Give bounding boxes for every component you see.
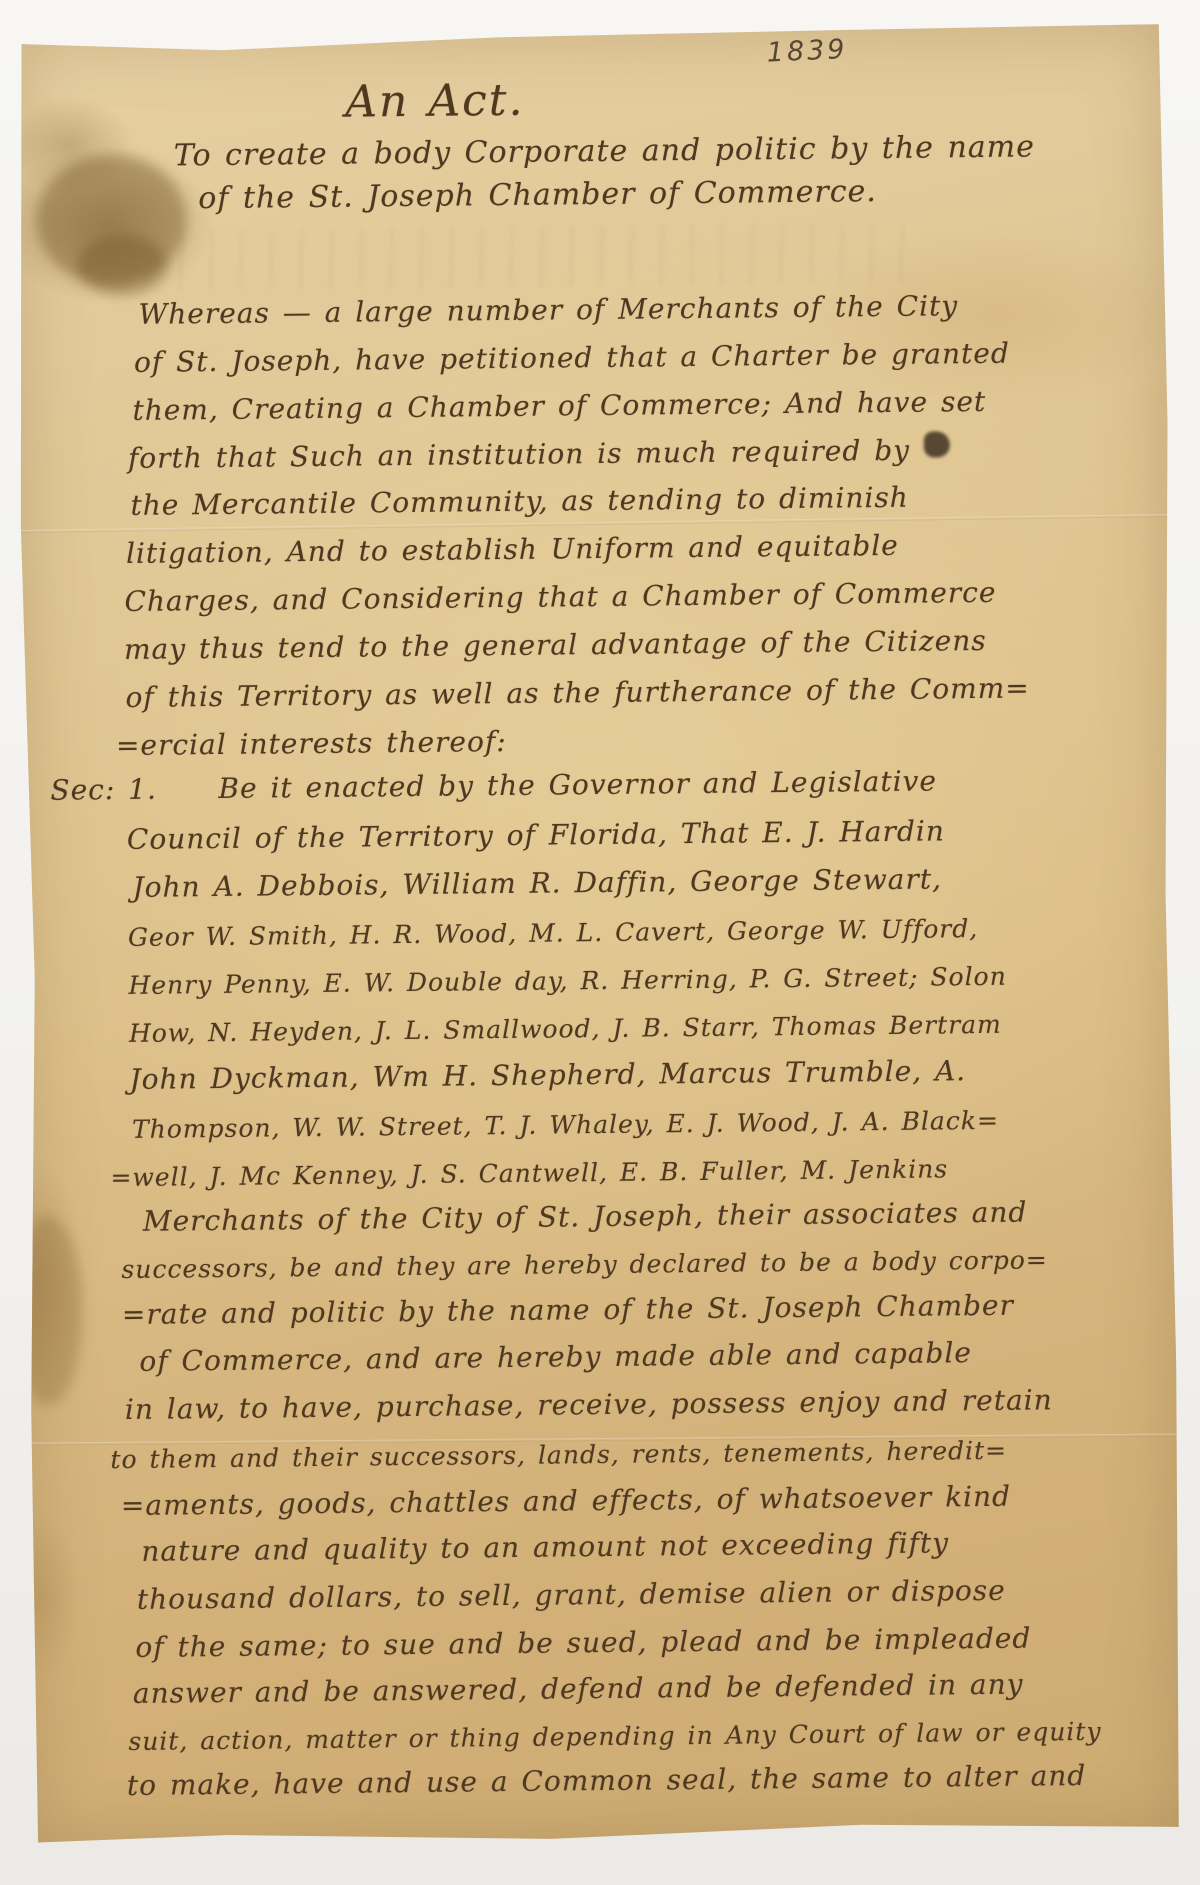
subtitle-line: To create a body Corporate and politic b… — [174, 129, 1035, 173]
body-line: Whereas — a large number of Merchants of… — [138, 289, 958, 331]
body-line: =well, J. Mc Kenney, J. S. Cantwell, E. … — [110, 1154, 948, 1192]
body-line: nature and quality to an amount not exce… — [141, 1526, 949, 1567]
body-line: Charges, and Considering that a Chamber … — [124, 576, 996, 618]
body-line: Council of the Territory of Florida, Tha… — [127, 814, 945, 856]
body-line: thousand dollars, to sell, grant, demise… — [137, 1574, 1006, 1616]
body-line: of St. Joseph, have petitioned that a Ch… — [134, 337, 1010, 379]
document-title: An Act. — [345, 75, 525, 128]
ink-smudge — [924, 431, 950, 457]
body-line: suit, action, matter or thing depending … — [128, 1717, 1101, 1756]
body-line: =aments, goods, chattles and effects, of… — [121, 1480, 1011, 1522]
body-line: of Commerce, and are hereby made able an… — [139, 1336, 972, 1378]
body-line: =rate and politic by the name of the St.… — [122, 1289, 1014, 1331]
body-line: John A. Debbois, William R. Daffin, Geor… — [132, 862, 942, 903]
body-line: in law, to have, purchase, receive, poss… — [125, 1383, 1053, 1426]
year-annotation: 1839 — [766, 34, 848, 69]
body-line: Henry Penny, E. W. Double day, R. Herrin… — [128, 962, 1007, 1000]
body-line: Merchants of the City of St. Joseph, the… — [143, 1196, 1028, 1238]
body-line: Geor W. Smith, H. R. Wood, M. L. Cavert,… — [128, 914, 979, 952]
body-line: How, N. Heyden, J. L. Smallwood, J. B. S… — [129, 1010, 1002, 1048]
body-line: may thus tend to the general advantage o… — [124, 624, 987, 666]
paper-stain — [77, 234, 168, 295]
body-line: Be it enacted by the Governor and Legisl… — [218, 764, 937, 805]
paper-stain — [36, 154, 187, 286]
body-line: litigation, And to establish Uniform and… — [126, 529, 899, 570]
body-line: successors, be and they are hereby decla… — [121, 1245, 1048, 1284]
ink-bleedthrough — [167, 223, 928, 291]
body-line: to them and their successors, lands, ren… — [110, 1436, 1007, 1474]
subtitle-line: of the St. Joseph Chamber of Commerce. — [198, 174, 877, 216]
document-page: 1839 An Act. To create a body Corporate … — [15, 24, 1184, 1848]
body-line: Thompson, W. W. Street, T. J. Whaley, E.… — [132, 1106, 999, 1144]
body-line: of the same; to sue and be sued, plead a… — [135, 1622, 1031, 1664]
section-label: Sec: 1. — [50, 773, 157, 807]
paper-stain — [12, 1215, 84, 1406]
body-line: them, Creating a Chamber of Commerce; An… — [132, 385, 986, 427]
body-line: forth that Such an institution is much r… — [128, 434, 910, 475]
body-line: John Dyckman, Wm H. Shepherd, Marcus Tru… — [129, 1054, 966, 1096]
body-line: =ercial interests thereof: — [116, 725, 507, 762]
scanned-document: 1839 An Act. To create a body Corporate … — [0, 0, 1200, 1885]
body-line: answer and be answered, defend and be de… — [133, 1668, 1024, 1710]
body-line: to make, have and use a Common seal, the… — [127, 1759, 1087, 1802]
body-line: the Mercantile Community, as tending to … — [130, 481, 909, 522]
body-line: of this Territory as well as the further… — [125, 671, 1030, 713]
